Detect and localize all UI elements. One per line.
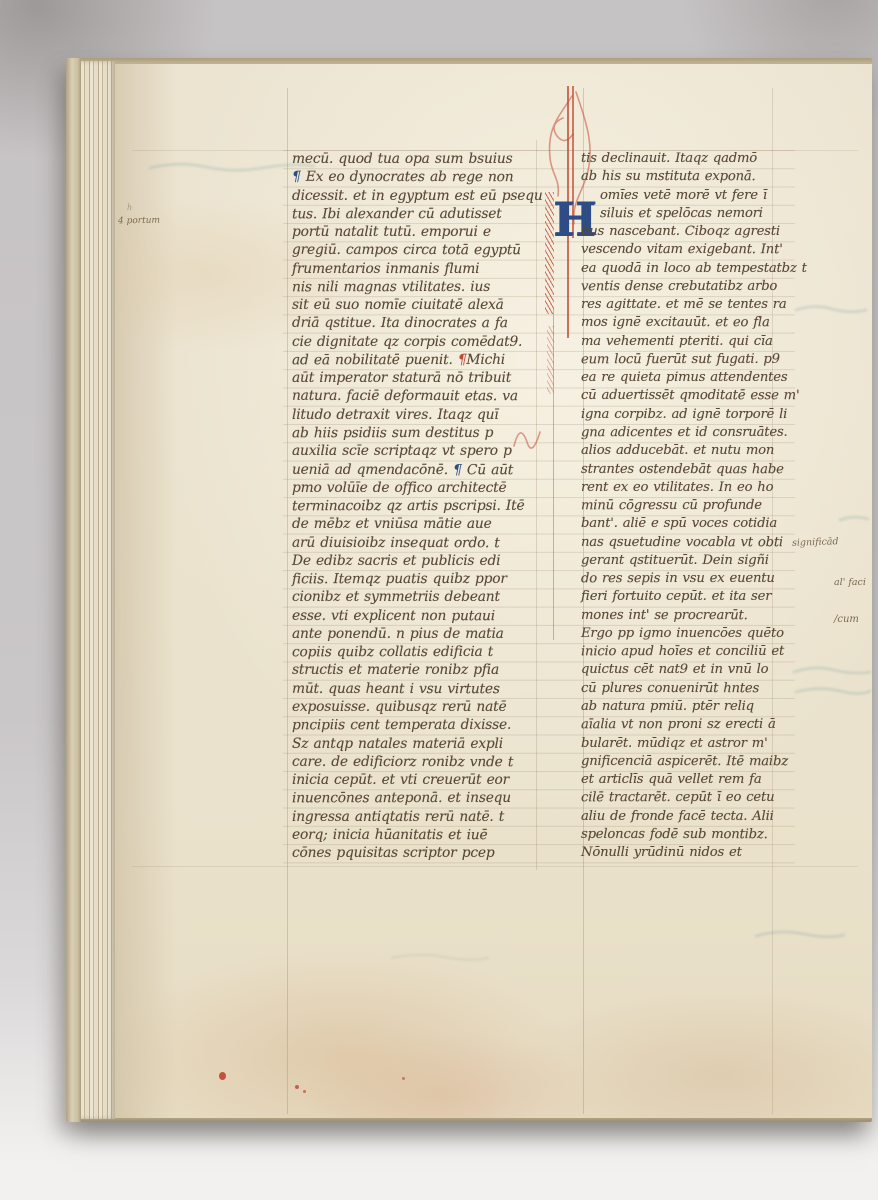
text-line: mecū. quod tua opa sum bsuius — [292, 150, 536, 168]
text-line: arū diuisioibz insequat ordo. t — [292, 533, 536, 552]
red-ink-spot — [219, 1072, 226, 1080]
text-column-right: tis declinauit. Itaqz qadmōab his su mst… — [581, 150, 793, 862]
text-line: ea quodā in loco ab tempestatbz t — [581, 260, 793, 278]
text-line: ab natura pmiū. ptēr reliq — [581, 698, 793, 716]
text-line: mos ignē excitauūt. et eo fla — [581, 314, 793, 333]
text-line: litudo detraxit vires. Itaqz quī — [292, 406, 536, 424]
text-line: cilē tractarēt. cepūt ī eo cetu — [581, 789, 793, 808]
text-line: pncipiis cent temperata dixisse. — [292, 716, 536, 735]
text-line: ante ponendū. n pius de matia — [292, 625, 536, 643]
text-line: bant'. aliē e spū voces cotidia — [581, 515, 793, 533]
text-line: gerant qstituerūt. Dein sigñi — [581, 552, 793, 570]
text-line: speloncas fodē sub montibz. — [581, 826, 793, 845]
text-line: frumentarios inmanis flumi — [292, 260, 536, 278]
text-line: ueniā ad qmendacōnē. ¶ Cū aūt — [292, 460, 536, 479]
text-line: do res sepis in vsu ex euentu — [581, 570, 793, 589]
vertical-ruling — [536, 140, 537, 870]
red-ink-spot — [295, 1085, 299, 1089]
marginal-note-left: 4 portum — [118, 216, 160, 227]
text-line: cie dignitate qz corpis comēdat9. — [292, 333, 536, 351]
text-line: de mēbz et vniūsa mātie aue — [292, 515, 536, 533]
text-line: bularēt. mūdiqz et astror m' — [581, 735, 793, 753]
text-line: exposuisse. quibusqz rerū natē — [292, 698, 536, 716]
text-line: cionibz et symmetriis debeant — [292, 588, 536, 606]
marginal-note-right: al' faci — [834, 577, 866, 588]
text-line: igna corpibz. ad ignē torporē li — [581, 406, 793, 424]
text-line: copiis quibz collatis edificia t — [292, 643, 536, 662]
text-line: De edibz sacris et publicis edi — [292, 552, 536, 570]
marginal-note-right: significād — [792, 536, 839, 549]
text-line: aliu de fronde facē tecta. Alii — [581, 808, 793, 826]
text-line: siluis et spelōcas nemori — [581, 205, 793, 224]
book-cover-edge — [66, 58, 81, 1122]
red-ink-spot — [402, 1077, 405, 1080]
marginal-note-right: /cum — [834, 614, 859, 625]
text-line: Sz antqp natales materiā expli — [292, 735, 536, 753]
text-line: ab his su mstituta exponā. — [581, 168, 793, 187]
red-ink-spot — [303, 1090, 306, 1093]
text-line: cū plures conuenirūt hntes — [581, 680, 793, 699]
text-line: ventis dense crebutatibz arbo — [581, 278, 793, 297]
text-line: driā qstitue. Ita dinocrates a fa — [292, 314, 536, 333]
text-line: sit eū suo nomīe ciuitatē alexā — [292, 296, 536, 314]
text-line: tus. Ibi alexander cū adutisset — [292, 205, 536, 224]
text-line: pmo volūīe de offico architectē — [292, 479, 536, 497]
text-line: eorq; inicia hūanitatis et iuē — [292, 826, 536, 845]
text-line: cōnes pquisitas scriptor pcep — [292, 844, 536, 862]
text-line: ma vehementi pteriti. qui cīa — [581, 333, 793, 351]
text-line: ficiis. Itemqz puatis quibz ppor — [292, 570, 536, 589]
text-line: minū cōgressu cū profunde — [581, 497, 793, 516]
text-line: terminacoibz qz artis pscripsi. Itē — [292, 497, 536, 516]
text-line: inuencōnes anteponā. et insequ — [292, 789, 536, 808]
text-line: alios adducebāt. et nutu mon — [581, 442, 793, 460]
text-line: nas qsuetudine vocabla vt obti — [581, 533, 793, 552]
text-line: inicio apud hoīes et conciliū et — [581, 643, 793, 662]
text-line: vescendo vitam exigebant. Int' — [581, 241, 793, 260]
text-line: mones int' se procrearūt. — [581, 606, 793, 625]
text-line: aīalia vt non proni sz erecti ā — [581, 716, 793, 735]
text-line: fieri fortuito cepūt. et ita ser — [581, 588, 793, 606]
text-line: ad eā nobilitatē puenit. ¶Michi — [292, 351, 536, 370]
text-line: aūt imperator staturā nō tribuit — [292, 369, 536, 387]
text-line: Nōnulli yrūdinū nidos et — [581, 844, 793, 862]
text-line: auxilia scīe scriptaqz vt spero p — [292, 442, 536, 460]
page-edges — [81, 61, 115, 1119]
text-line: res agittate. et mē se tentes ra — [581, 296, 793, 314]
vertical-ruling — [287, 88, 288, 1114]
text-line: natura. faciē deformauit etas. va — [292, 387, 536, 406]
manuscript-photo: mecū. quod tua opa sum bsuius¶ Ex eo dyn… — [0, 0, 878, 1200]
text-line: rent ex eo vtilitates. In eo ho — [581, 479, 793, 497]
horizontal-ruling-line — [132, 866, 858, 867]
text-line: bus nascebant. Ciboqz agresti — [581, 223, 793, 241]
text-line: structis et materie ronibz pfia — [292, 661, 536, 679]
red-filigree-zigzag — [547, 326, 554, 394]
marginal-flourish: h — [127, 203, 132, 212]
text-line: eum locū fuerūt sut fugati. p9 — [581, 351, 793, 370]
text-line: gnificenciā aspicerēt. Itē maibz — [581, 753, 793, 772]
text-line: ab hiis psidiis sum destitus p — [292, 424, 536, 443]
text-line: tis declinauit. Itaqz qadmō — [581, 150, 793, 168]
text-line: strantes ostendebāt quas habe — [581, 460, 793, 479]
text-line: Ergo pp igmo inuencōes quēto — [581, 625, 793, 643]
text-line: cū aduertissēt qmoditatē esse m' — [581, 387, 793, 406]
text-line: nis nili magnas vtilitates. ius — [292, 278, 536, 297]
text-line: mūt. quas heant i vsu virtutes — [292, 679, 536, 698]
text-line: care. de edificiorz ronibz vnde t — [292, 753, 536, 772]
text-line: gna adicentes et id consruātes. — [581, 424, 793, 443]
text-line: ea re quieta pimus attendentes — [581, 369, 793, 387]
text-line: quictus cēt nat9 et in vnū lo — [581, 661, 793, 679]
text-line: ingressa antiqtatis rerū natē. t — [292, 808, 536, 826]
text-line: dicessit. et in egyptum est eū psequ — [292, 187, 536, 205]
text-line: omīes vetē morē vt fere ī — [581, 187, 793, 205]
text-line: ¶ Ex eo dynocrates ab rege non — [292, 168, 536, 187]
text-line: inicia cepūt. et vti creuerūt eor — [292, 771, 536, 789]
text-line: gregiū. campos circa totā egyptū — [292, 241, 536, 260]
text-line: et articlīs quā vellet rem fa — [581, 771, 793, 789]
text-line: portū natalit tutū. emporui e — [292, 223, 536, 241]
text-column-left: mecū. quod tua opa sum bsuius¶ Ex eo dyn… — [292, 150, 536, 862]
text-line: esse. vti explicent non putaui — [292, 606, 536, 625]
